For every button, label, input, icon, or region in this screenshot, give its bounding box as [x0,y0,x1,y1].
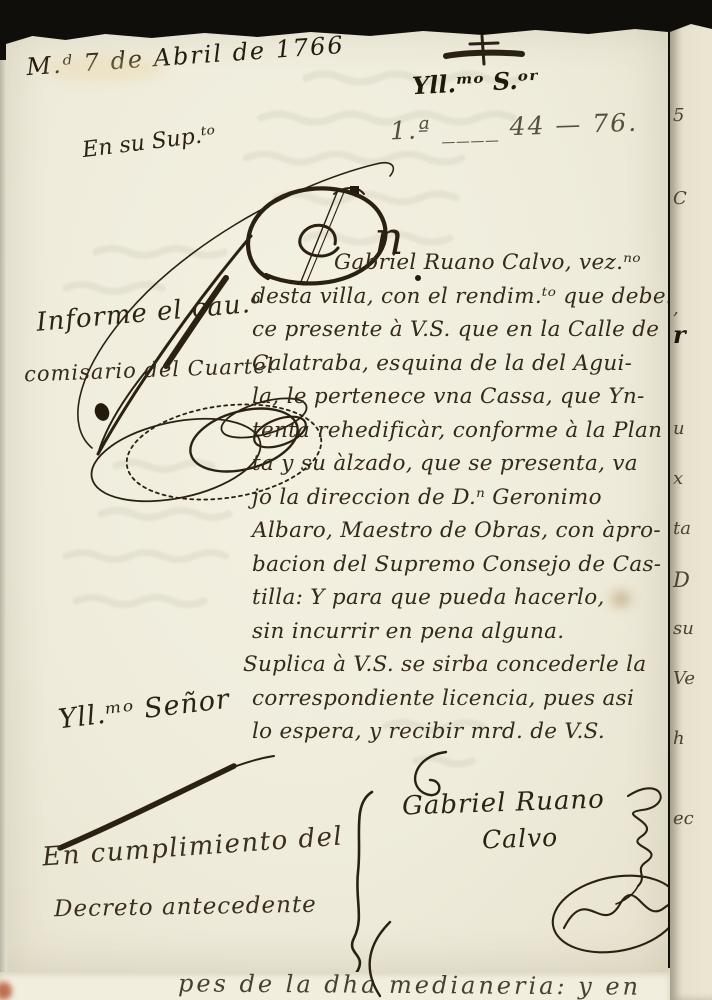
body-line: jo la direccion de D.ⁿ Geronimo [252,481,688,515]
cross-icon [438,32,530,70]
next-page-edge: pes de la dha medianeria: y en [0,968,670,1000]
body-line: lo espera, y recibir mrd. de V.S. [252,715,688,749]
body-line: correspondiente licencia, pues asi [252,682,688,716]
manuscript-scan: 5 C , r u x ta D su Ve h ec pes de la dh… [0,0,712,1000]
petition-body: Gabriel Ruano Calvo, vez.ⁿᵒ desta villa,… [252,246,688,749]
side-text-fragment: 5 [673,105,684,126]
body-line: tilla: Y para que pueda hacerlo, [252,581,688,615]
side-text-fragment: , [673,298,679,319]
adjacent-page-strip: 5 C , r u x ta D su Ve h ec [670,20,712,1000]
next-page-text-fragment: pes de la dha medianeria: y en [178,969,641,1000]
side-text-fragment: su [673,618,694,639]
body-line: Gabriel Ruano Calvo, vez.ⁿᵒ [252,246,688,280]
body-line: ta y su àlzado, que se presenta, va [252,447,688,481]
petition-page: M.ᵈ 7 de Abril de 1766 Yll.ᵐᵒ S.ᵒʳ 1.ª _… [6,26,668,972]
body-line: desta villa, con el rendim.ᵗᵒ que debe: … [252,280,688,314]
side-text-fragment: h [673,728,685,749]
side-text-fragment: Ve [673,668,695,689]
side-text-fragment: u [673,418,685,439]
side-text-fragment: ec [673,808,694,829]
side-text-fragment: ta [673,518,691,539]
body-line: bacion del Supremo Consejo de Cas- [252,548,688,582]
side-text-fragment: D [673,568,690,592]
body-line: ce presente à V.S. que en la Calle de [252,313,688,347]
body-line: la, le pertenece vna Cassa, que Yn- [252,380,688,414]
body-line: tenta rehedificàr, conforme à la Plan [252,414,688,448]
compliance-note-line2: Decreto antecedente [54,892,317,923]
side-text-fragment: C [673,188,687,209]
next-page-stroke [350,918,400,1000]
body-line: Albaro, Maestro de Obras, con àpro- [252,514,688,548]
paper-edge [0,60,7,972]
body-line: Calatraba, esquina de la del Agui- [252,347,688,381]
side-text-fragment: x [673,468,683,489]
body-line: Suplica à V.S. se sirba concederle la [243,648,688,682]
side-text-fragment: r [673,320,686,349]
body-line: sin incurrir en pena alguna. [252,615,688,649]
